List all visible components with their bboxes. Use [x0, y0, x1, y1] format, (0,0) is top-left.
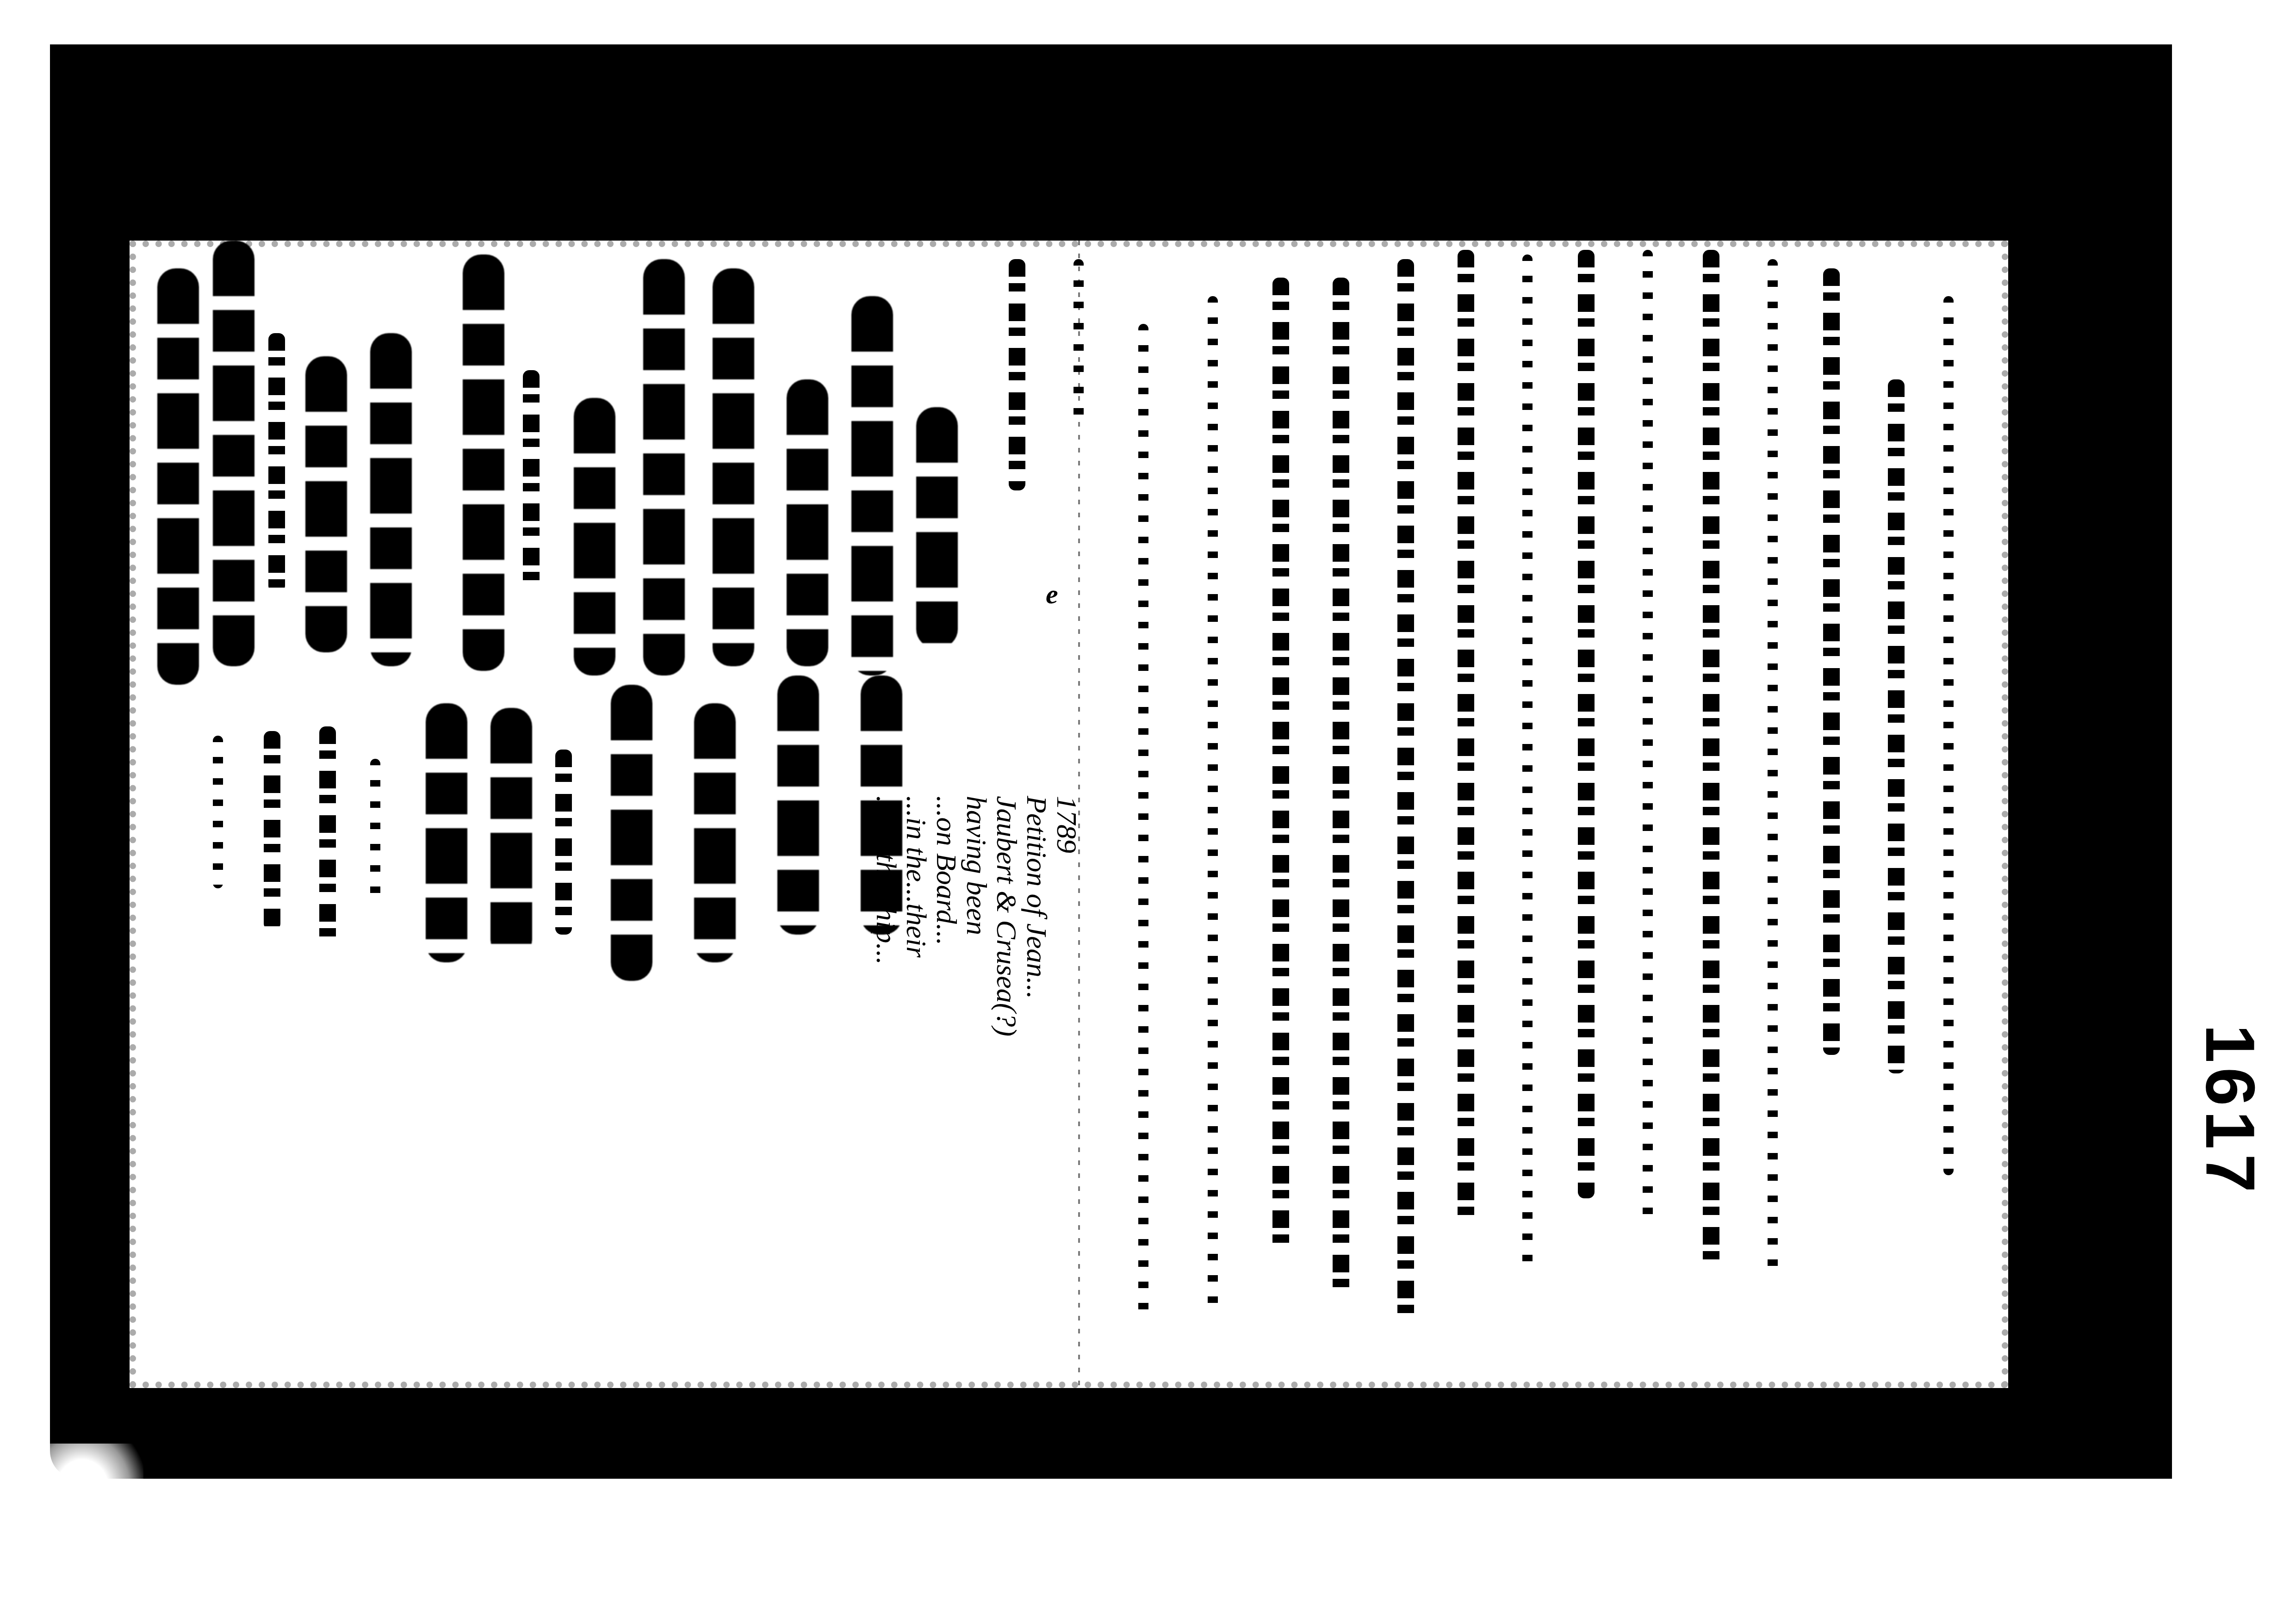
- note-line: 1789: [1050, 796, 1083, 1157]
- right-script-column: [1888, 379, 1905, 1073]
- right-script-column: [1578, 250, 1595, 1198]
- right-script-column: [1943, 296, 1954, 1175]
- right-script-column: [1138, 324, 1148, 1323]
- signature-stroke: [777, 676, 819, 935]
- note-line: having been: [960, 796, 993, 1157]
- left-script-column: [523, 370, 540, 592]
- left-script-column: [713, 268, 754, 666]
- signature-stroke: [370, 759, 380, 907]
- center-mark: e: [1046, 578, 1058, 610]
- signature-stroke: [213, 736, 223, 888]
- right-script-column: [1643, 250, 1653, 1221]
- left-script-column: [213, 241, 254, 666]
- left-script-column: [851, 296, 893, 676]
- signature-stroke: [319, 726, 336, 944]
- note-line: ...on the ship...: [870, 796, 902, 1157]
- note-line: ...in the...their: [900, 796, 932, 1157]
- left-script-column: [1009, 259, 1025, 490]
- left-script-column: [268, 333, 285, 592]
- left-script-column: [305, 356, 347, 652]
- signature-stroke: [555, 750, 572, 935]
- signature-stroke: [490, 708, 532, 958]
- endorsement-note: 1789 Petition of Jean... Jaubert & Cruse…: [842, 796, 1083, 1157]
- left-script-column: [574, 398, 615, 676]
- left-script-column: [787, 379, 828, 666]
- note-line: Jaubert & Crusea(?): [990, 796, 1023, 1157]
- left-script-column: [157, 268, 199, 685]
- note-line: ...on Board...: [930, 796, 962, 1157]
- left-script-column: [370, 333, 412, 666]
- signature-stroke: [694, 703, 736, 962]
- right-script-column: [1458, 250, 1474, 1221]
- signature-stroke: [426, 703, 467, 962]
- right-script-column: [1208, 296, 1218, 1314]
- signature-stroke: [611, 685, 652, 981]
- right-script-column: [1823, 268, 1840, 1055]
- right-script-column: [1768, 259, 1778, 1277]
- right-script-column: [1333, 278, 1349, 1295]
- right-script-column: [1703, 250, 1719, 1268]
- left-script-column: [463, 254, 504, 671]
- signature-stroke: [264, 731, 280, 930]
- right-script-column: [1074, 259, 1084, 426]
- right-script-column: [1522, 254, 1533, 1272]
- right-script-column: [1272, 278, 1289, 1249]
- right-script-column: [1397, 259, 1414, 1323]
- frame-number: 1617: [2184, 981, 2277, 1240]
- left-script-column: [643, 259, 685, 676]
- left-script-column: [916, 407, 958, 648]
- note-line: Petition of Jean...: [1020, 796, 1053, 1157]
- film-damage-blot: [42, 1444, 143, 1555]
